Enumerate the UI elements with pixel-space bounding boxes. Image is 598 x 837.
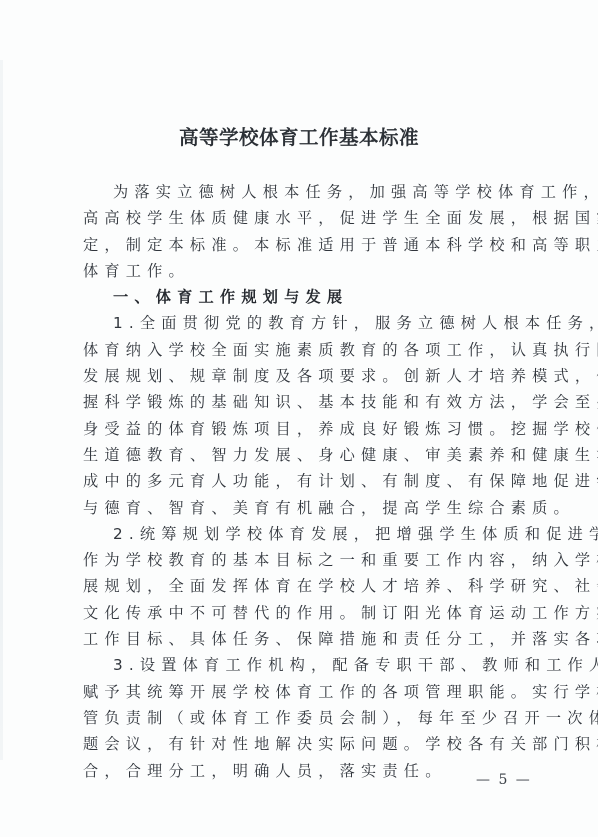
document-title: 高等学校体育工作基本标准: [0, 122, 598, 150]
body-line: 身受益的体育锻炼项目，养成良好锻炼习惯。挖掘学校体育在学: [83, 416, 527, 442]
body-line: 高高校学生体质健康水平，促进学生全面发展，根据国家有关规: [83, 205, 527, 231]
body-line: 文化传承中不可替代的作用。制订阳光体育运动工作方案，明确: [83, 600, 527, 626]
scan-edge-shadow: [0, 60, 3, 760]
section-heading: 一、体育工作规划与发展: [83, 284, 527, 310]
body-line: 生道德教育、智力发展、身心健康、审美素养和健康生活方式形: [83, 442, 527, 468]
body-line: 1.全面贯彻党的教育方针，服务立德树人根本任务，将学校: [83, 310, 527, 336]
body-line: 展规划，全面发挥体育在学校人才培养、科学研究、社会服务和: [83, 573, 527, 599]
body-line: 赋予其统筹开展学校体育工作的各项管理职能。实行学校领导分: [83, 679, 527, 705]
body-line: 体育纳入学校全面实施素质教育的各项工作，认真执行国家教育: [83, 337, 527, 363]
body-line: 题会议，有针对性地解决实际问题。学校各有关部门积极协同配: [83, 731, 527, 757]
body-line: 合，合理分工，明确人员，落实责任。: [83, 758, 527, 784]
body-line: 作为学校教育的基本目标之一和重要工作内容，纳入学校总体发: [83, 547, 527, 573]
body-line: 发展规划、规章制度及各项要求。创新人才培养模式，使学生掌: [83, 363, 527, 389]
body-line: 定，制定本标准。本标准适用于普通本科学校和高等职业学校的: [83, 232, 527, 258]
page-number: — 5 —: [476, 772, 532, 788]
body-line: 体育工作。: [83, 258, 527, 284]
body-line: 3.设置体育工作机构，配备专职干部、教师和工作人员，并: [83, 652, 527, 678]
body-line: 握科学锻炼的基础知识、基本技能和有效方法，学会至少两项终: [83, 389, 527, 415]
body-line: 2.统筹规划学校体育发展，把增强学生体质和促进学生健康: [83, 521, 527, 547]
body-line: 成中的多元育人功能，有计划、有制度、有保障地促进学校体育: [83, 468, 527, 494]
document-page: 高等学校体育工作基本标准 为落实立德树人根本任务，加强高等学校体育工作，切实提 …: [0, 0, 598, 837]
body-line: 工作目标、具体任务、保障措施和责任分工，并落实各项工作。: [83, 626, 527, 652]
body-line: 与德育、智育、美育有机融合，提高学生综合素质。: [83, 495, 527, 521]
body-line: 管负责制（或体育工作委员会制），每年至少召开一次体育工作专: [83, 705, 527, 731]
body-line: 为落实立德树人根本任务，加强高等学校体育工作，切实提: [83, 179, 527, 205]
document-body: 为落实立德树人根本任务，加强高等学校体育工作，切实提 高高校学生体质健康水平，促…: [83, 179, 527, 784]
